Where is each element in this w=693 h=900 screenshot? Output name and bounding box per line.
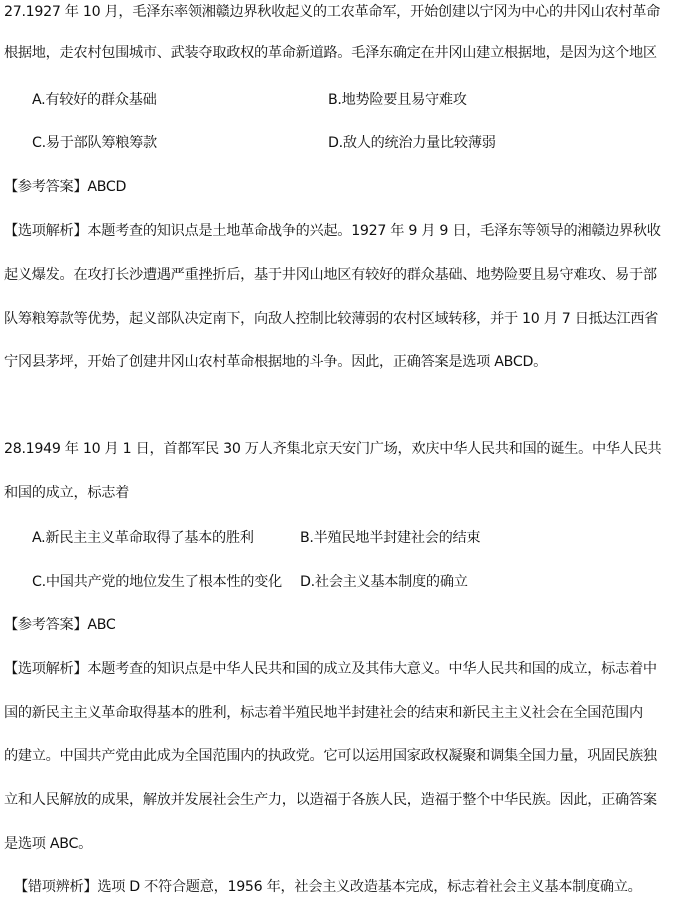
option-d: D.敌人的统治力量比较薄弱 xyxy=(328,133,496,153)
option-b: B.地势险要且易守难攻 xyxy=(328,90,467,110)
analysis-line: 宁冈县茅坪，开始了创建井冈山农村革命根据地的斗争。因此，正确答案是选项 ABCD… xyxy=(4,352,547,372)
wrong-option-analysis: 【错项辨析】选项 D 不符合题意，1956 年，社会主义改造基本完成，标志着社会… xyxy=(14,877,642,897)
analysis-line: 队筹粮筹款等优势，起义部队决定南下，向敌人控制比较薄弱的农村区域转移，并于 10… xyxy=(4,309,658,329)
option-a: A.有较好的群众基础 xyxy=(32,90,156,110)
analysis-line: 的建立。中国共产党由此成为全国范围内的执政党。它可以运用国家政权凝聚和调集全国力… xyxy=(4,746,657,766)
option-d: D.社会主义基本制度的确立 xyxy=(300,572,468,592)
option-a: A.新民主主义革命取得了基本的胜利 xyxy=(32,528,254,548)
option-c: C.中国共产党的地位发生了根本性的变化 xyxy=(32,572,282,592)
question-stem-line: 27.1927 年 10 月，毛泽东率领湘赣边界秋收起义的工农革命军，开始创建以… xyxy=(4,2,660,22)
analysis-line: 国的新民主主义革命取得基本的胜利，标志着半殖民地半封建社会的结束和新民主主义社会… xyxy=(4,703,643,723)
question-stem-line: 和国的成立，标志着 xyxy=(4,483,129,503)
option-b: B.半殖民地半封建社会的结束 xyxy=(300,528,480,548)
analysis-line: 是选项 ABC。 xyxy=(4,834,92,854)
question-stem-line: 根据地，走农村包围城市、武装夺取政权的革命新道路。毛泽东确定在井冈山建立根据地，… xyxy=(4,43,657,63)
analysis-line: 【选项解析】本题考查的知识点是土地革命战争的兴起。1927 年 9 月 9 日，… xyxy=(4,221,661,241)
reference-answer: 【参考答案】ABCD xyxy=(4,177,126,197)
analysis-line: 立和人民解放的成果，解放并发展社会生产力，以造福于各族人民，造福于整个中华民族。… xyxy=(4,790,657,810)
analysis-line: 【选项解析】本题考查的知识点是中华人民共和国的成立及其伟大意义。中华人民共和国的… xyxy=(4,659,657,679)
reference-answer: 【参考答案】ABC xyxy=(4,615,116,635)
question-stem-line: 28.1949 年 10 月 1 日，首都军民 30 万人齐集北京天安门广场，欢… xyxy=(4,439,661,459)
option-c: C.易于部队筹粮筹款 xyxy=(32,133,157,153)
analysis-line: 起义爆发。在攻打长沙遭遇严重挫折后，基于井冈山地区有较好的群众基础、地势险要且易… xyxy=(4,265,657,285)
